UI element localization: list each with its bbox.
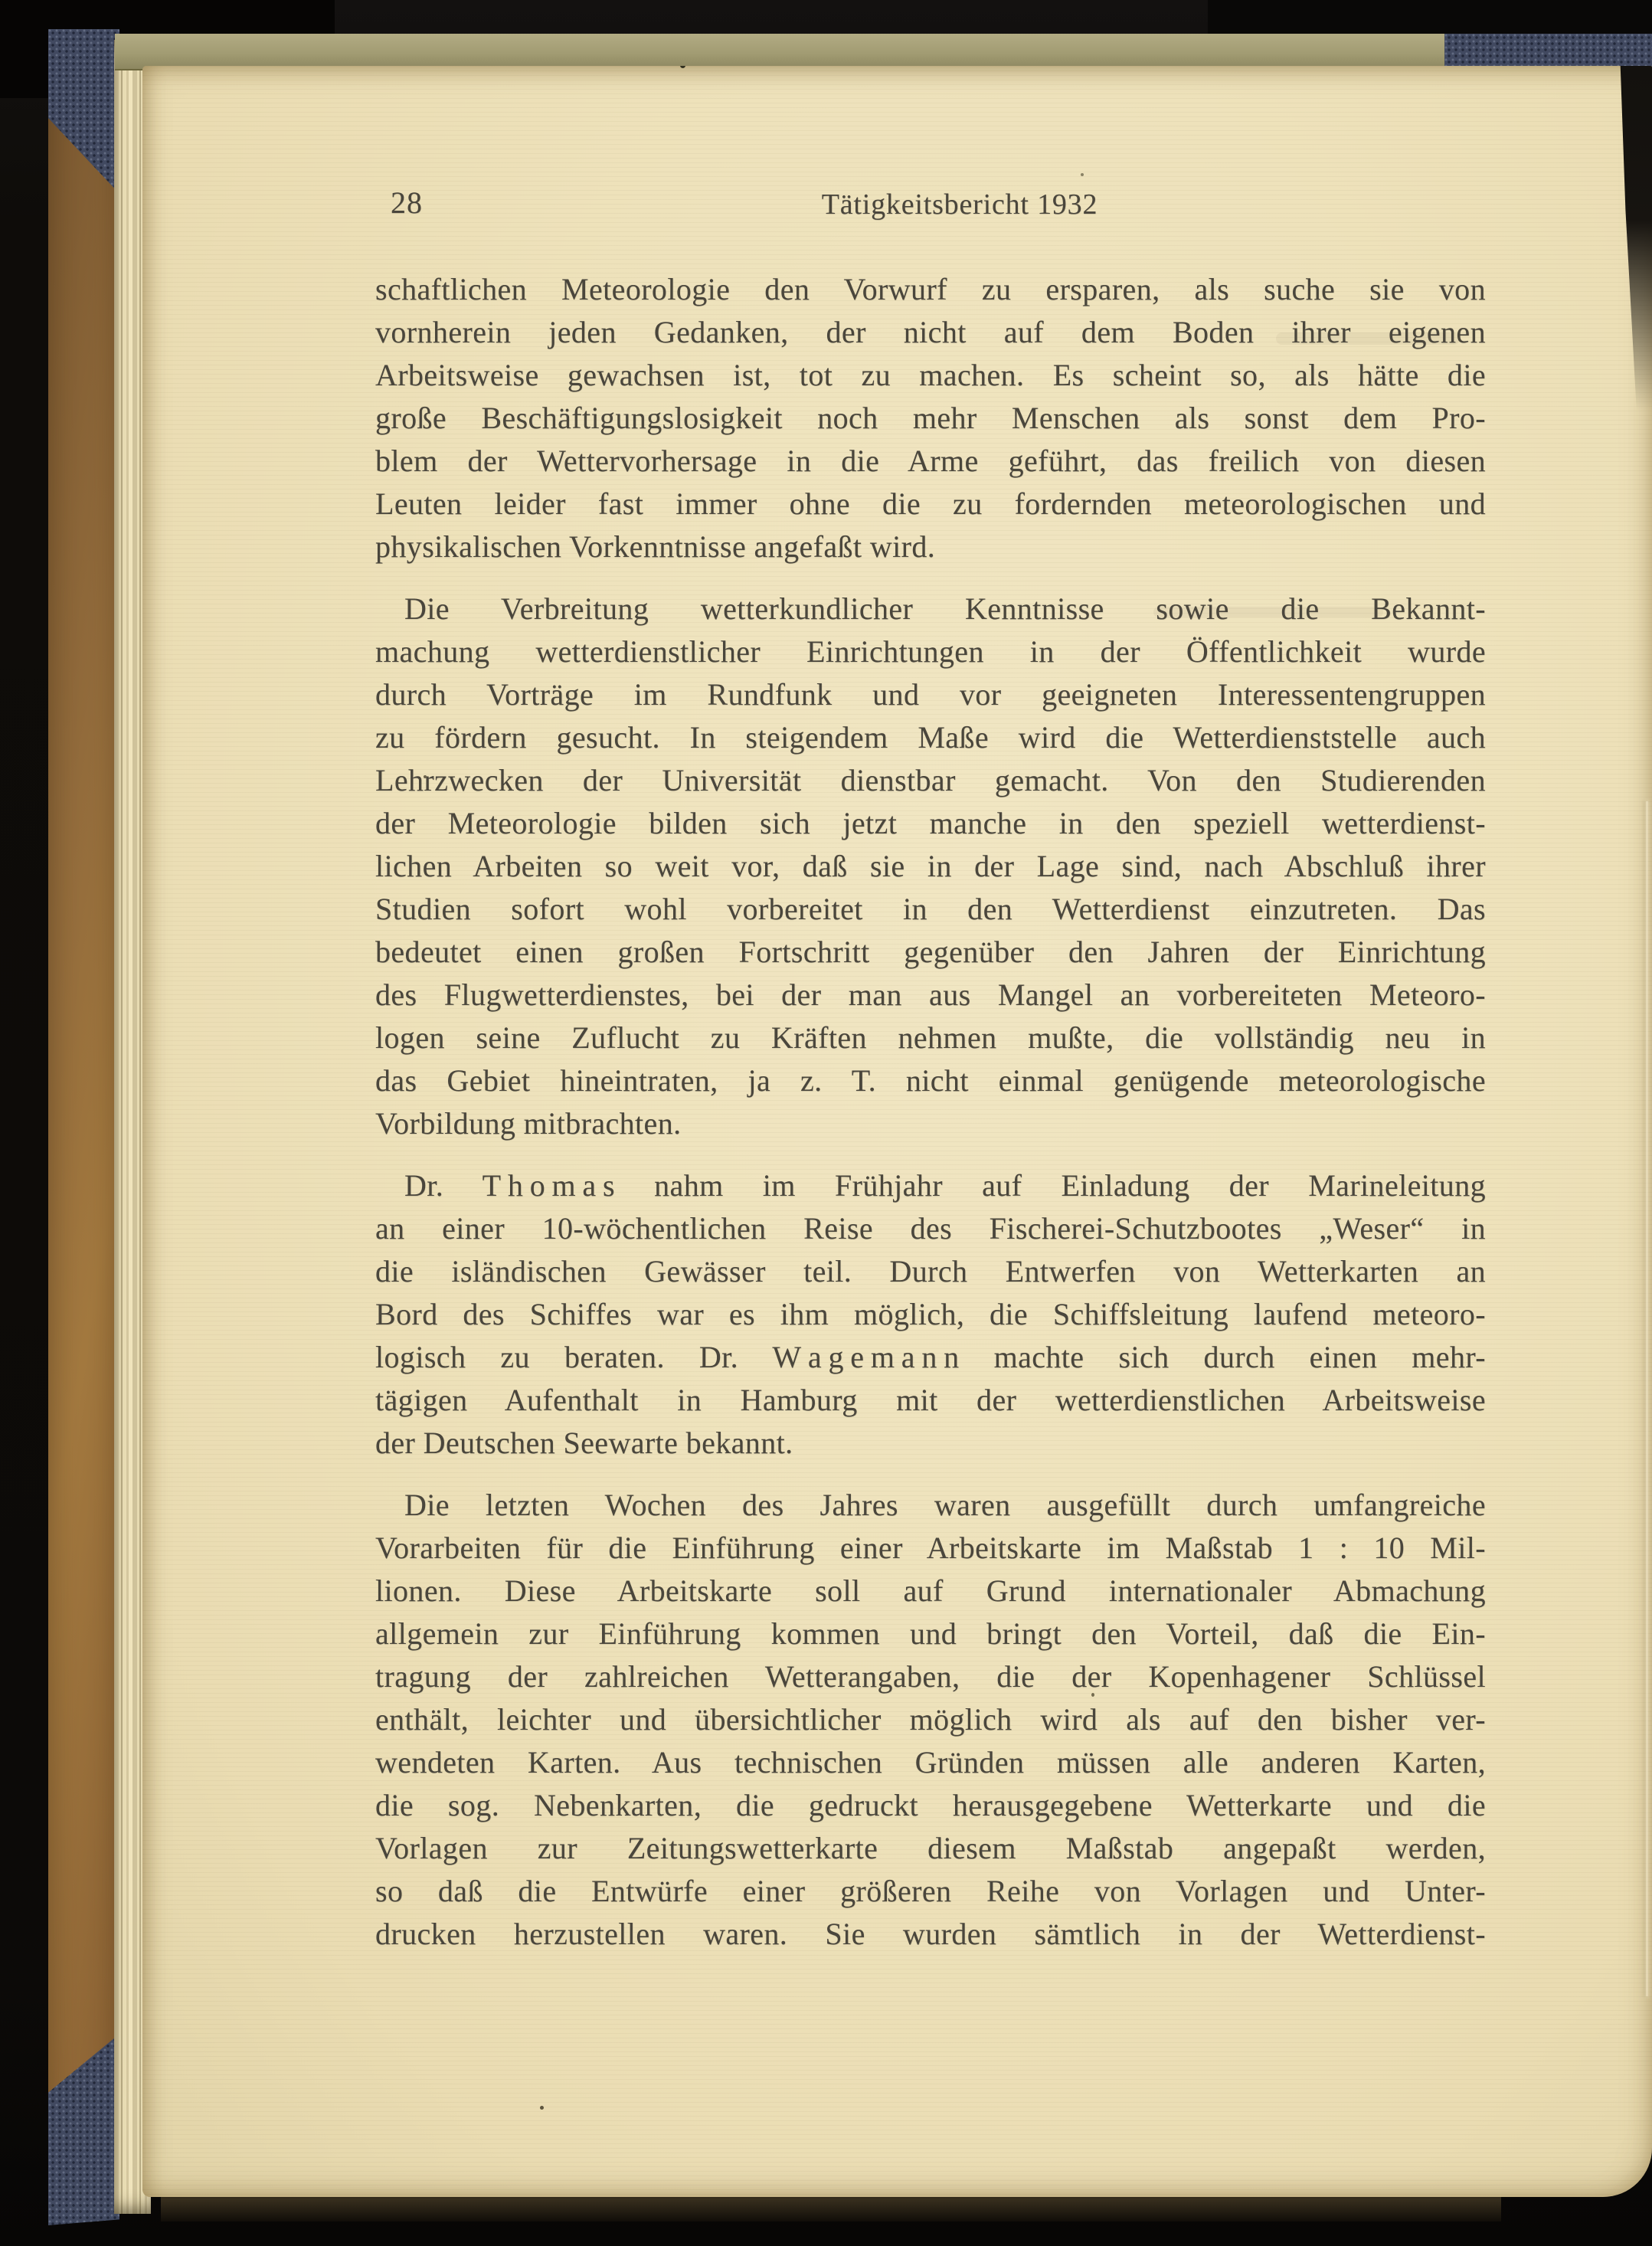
text-line: Die Verbreitung wetterkundlicher Kenntni… [375,588,1486,630]
text-line: Lehrzwecken der Universität dienstbar ge… [375,759,1486,802]
text-line: lichen Arbeiten so weit vor, daß sie in … [375,845,1486,888]
paragraph: schaftlichen Meteorologie den Vorwurf zu… [375,268,1486,568]
paragraph: Die Verbreitung wetterkundlicher Kenntni… [375,588,1486,1145]
text-line: blem der Wettervorhersage in die Arme ge… [375,440,1486,483]
text-line: Vorarbeiten für die Einführung einer Arb… [375,1527,1486,1570]
text-line: zu fördern gesucht. In steigendem Maße w… [375,716,1486,759]
body-text: schaftlichen Meteorologie den Vorwurf zu… [375,268,1486,1956]
text-line: Leuten leider fast immer ohne die zu for… [375,483,1486,525]
text-line: machung wetterdienstlicher Einrichtungen… [375,630,1486,673]
paragraph: Dr. T h o m a s nahm im Frühjahr auf Ein… [375,1164,1486,1465]
text-line: drucken herzustellen waren. Sie wurden s… [375,1913,1486,1956]
text-line: tragung der zahlreichen Wetterangaben, d… [375,1655,1486,1698]
text-line: logen seine Zuflucht zu Kräften nehmen m… [375,1017,1486,1059]
text-line: allgemein zur Einführung kommen und brin… [375,1612,1486,1655]
paper-speck [1091,1693,1094,1697]
text-line: die sog. Nebenkarten, die gedruckt herau… [375,1784,1486,1827]
text-line: Bord des Schiffes war es ihm möglich, di… [375,1293,1486,1336]
page-number: 28 [391,185,423,221]
text-line: Arbeitsweise gewachsen ist, tot zu mache… [375,354,1486,397]
paper-speck [1081,173,1084,176]
text-line: Vorbildung mitbrachten. [375,1102,1486,1145]
book-spine-leather [48,84,119,2137]
text-line: große Beschäftigungslosigkeit noch mehr … [375,397,1486,440]
text-line: Dr. T h o m a s nahm im Frühjahr auf Ein… [375,1164,1486,1207]
text-line: an einer 10-wöchentlichen Reise des Fisc… [375,1207,1486,1250]
text-line: tägigen Aufenthalt in Hamburg mit der we… [375,1379,1486,1422]
text-line: vornherein jeden Gedanken, der nicht auf… [375,311,1486,354]
paragraph: Die letzten Wochen des Jahres waren ausg… [375,1484,1486,1956]
background-shadow-top-right [1208,0,1652,37]
text-line: schaftlichen Meteorologie den Vorwurf zu… [375,268,1486,311]
text-line: bedeutet einen großen Fortschritt gegenü… [375,931,1486,974]
text-line: durch Vorträge im Rundfunk und vor geeig… [375,673,1486,716]
text-line: Studien sofort wohl vorbereitet in den W… [375,888,1486,931]
paper-speck [680,66,685,68]
text-line: enthält, leichter und übersichtlicher mö… [375,1698,1486,1741]
text-line: des Flugwetterdienstes, bei der man aus … [375,974,1486,1017]
page-corner-shadow-top-right [1615,66,1652,411]
text-line: die isländischen Gewässer teil. Durch En… [375,1250,1486,1293]
text-line: das Gebiet hineintraten, ja z. T. nicht … [375,1059,1486,1102]
text-line: der Deutschen Seewarte bekannt. [375,1422,1486,1465]
text-line: lionen. Diese Arbeitskarte soll auf Grun… [375,1570,1486,1612]
text-line: so daß die Entwürfe einer größeren Reihe… [375,1870,1486,1913]
text-line: logisch zu beraten. Dr. W a g e m a n n … [375,1336,1486,1379]
scanned-book-photo: 28 Tätigkeitsbericht 1932 schaftlichen M… [0,0,1652,2246]
text-line: Die letzten Wochen des Jahres waren ausg… [375,1484,1486,1527]
paper-speck [540,2106,544,2110]
running-title: Tätigkeitsbericht 1932 [822,187,1098,222]
text-line: physikalischen Vorkenntnisse angefaßt wi… [375,525,1486,568]
page-block-top-edge [115,34,1463,70]
paper-speck [424,775,427,778]
book-page: 28 Tätigkeitsbericht 1932 schaftlichen M… [142,66,1652,2197]
text-line: der Meteorologie bilden sich jetzt manch… [375,802,1486,845]
page-crease-right [1646,801,1648,1996]
text-line: wendeten Karten. Aus technischen Gründen… [375,1741,1486,1784]
text-line: Vorlagen zur Zeitungswetterkarte diesem … [375,1827,1486,1870]
